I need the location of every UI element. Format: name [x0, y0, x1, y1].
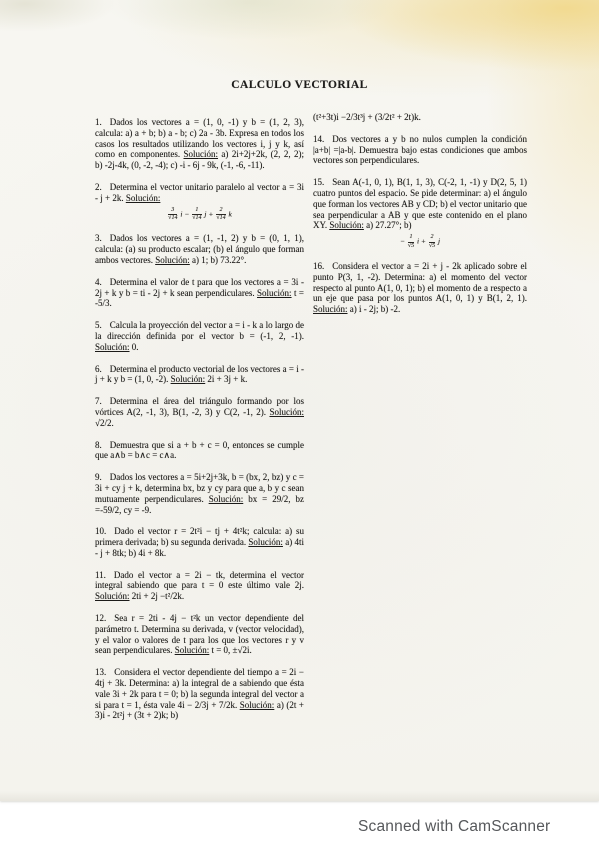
problem-item: 2.Determina el vector unitario paralelo …	[95, 182, 304, 222]
problem-number: 1.	[95, 117, 102, 127]
problem-item: 8.Demuestra que si a + b + c = 0, entonc…	[95, 440, 304, 462]
problem-item: 4.Determina el valor de t para que los v…	[95, 277, 304, 309]
solution-label: Solución:	[209, 494, 244, 504]
solution-label: Solución:	[329, 220, 364, 230]
solution-label: Solución:	[95, 342, 130, 352]
problem-item: 11.Dado el vector a = 2i − tk, determina…	[95, 570, 304, 602]
problem-item: 13.Considera el vector dependiente del t…	[95, 667, 304, 721]
fraction: 1√5	[408, 234, 414, 250]
solution-label: Solución:	[240, 700, 275, 710]
problem-number: 12.	[95, 613, 106, 623]
solution-text: 0.	[130, 342, 139, 352]
problem-number: 10.	[95, 526, 106, 536]
solution-label: Solución:	[171, 374, 206, 384]
problem-number: 8.	[95, 440, 102, 450]
solution-label: Solución:	[257, 288, 292, 298]
problem-number: 3.	[95, 233, 102, 243]
solution-label: Solución:	[95, 591, 130, 601]
problem-item: 10.Dado el vector r = 2t²i − tj + 4t²k; …	[95, 526, 304, 558]
problem-text: Dado el vector a = 2i − tk, determina el…	[95, 570, 304, 591]
solution-label: Solución:	[126, 193, 161, 203]
problem-item: 6.Determina el producto vectorial de los…	[95, 364, 304, 386]
problem-text: (t²+3t)i −2/3t³j + (3/2t² + 2t)k.	[313, 112, 421, 122]
problem-text: Calcula la proyección del vector a = i -…	[95, 320, 304, 341]
problem-item: 15.Sean A(-1, 0, 1), B(1, 1, 3), C(-2, 1…	[313, 177, 527, 250]
math-formula: 3√14 i − 1√14 j + 2√14 k	[95, 207, 304, 223]
problem-number: 13.	[95, 667, 106, 677]
solution-text: a) 27.27°; b)	[364, 220, 412, 230]
solution-text: a) 1; b) 73.22°.	[190, 255, 247, 265]
problem-item: (t²+3t)i −2/3t³j + (3/2t² + 2t)k.	[313, 112, 527, 123]
solution-text: √2/2.	[95, 418, 114, 428]
problem-number: 2.	[95, 182, 102, 192]
camscanner-watermark: Scanned with CamScanner	[358, 818, 550, 836]
problem-item: 14.Dos vectores a y b no nulos cumplen l…	[313, 134, 527, 166]
solution-label: Solución:	[313, 304, 348, 314]
fraction: 2√14	[216, 207, 225, 223]
page-title: CALCULO VECTORIAL	[0, 79, 599, 91]
solution-label: Solución:	[248, 537, 283, 547]
left-column: 1.Dados los vectores a = (1, 0, -1) y b …	[95, 117, 304, 732]
problem-item: 16.Considera el vector a = 2i + j - 2k a…	[313, 261, 527, 315]
problem-item: 5.Calcula la proyección del vector a = i…	[95, 320, 304, 352]
solution-text: 2i + 3j + k.	[205, 374, 247, 384]
problem-item: 1.Dados los vectores a = (1, 0, -1) y b …	[95, 117, 304, 171]
problem-number: 14.	[313, 134, 324, 144]
solution-label: Solución:	[155, 255, 190, 265]
solution-label: Solución:	[269, 407, 304, 417]
problem-number: 15.	[313, 177, 324, 187]
fraction: 1√14	[192, 207, 201, 223]
solution-text: a) i - 2j; b) -2.	[348, 304, 401, 314]
problem-item: 9.Dados los vectores a = 5i+2j+3k, b = (…	[95, 472, 304, 515]
problem-number: 11.	[95, 570, 106, 580]
problem-item: 3.Dados los vectores a = (1, -1, 2) y b …	[95, 233, 304, 265]
problem-item: 7.Determina el área del triángulo forman…	[95, 396, 304, 428]
problem-number: 16.	[313, 261, 324, 271]
solution-label: Solución:	[175, 645, 210, 655]
problem-number: 9.	[95, 472, 102, 482]
fraction: 2√5	[429, 234, 435, 250]
problem-text: Demuestra que si a + b + c = 0, entonces…	[95, 440, 304, 461]
fraction: 3√14	[168, 207, 177, 223]
math-formula: − 1√5 i + 2√5 j	[313, 234, 527, 250]
problem-item: 12.Sea r = 2ti - 4j − t²k un vector depe…	[95, 613, 304, 656]
right-column: (t²+3t)i −2/3t³j + (3/2t² + 2t)k.14.Dos …	[313, 112, 527, 326]
problem-number: 6.	[95, 364, 102, 374]
problem-text: Dos vectores a y b no nulos cumplen la c…	[313, 134, 527, 166]
problem-text: Considera el vector a = 2i + j - 2k apli…	[313, 261, 527, 303]
problem-number: 4.	[95, 277, 102, 287]
paper-sheet: CALCULO VECTORIAL 1.Dados los vectores a…	[0, 0, 599, 801]
problem-number: 5.	[95, 320, 102, 330]
solution-text: 2ti + 2j −t²/2k.	[130, 591, 185, 601]
solution-text: t = 0, ±√2i.	[209, 645, 251, 655]
solution-label: Solución:	[184, 149, 219, 159]
problem-number: 7.	[95, 396, 102, 406]
